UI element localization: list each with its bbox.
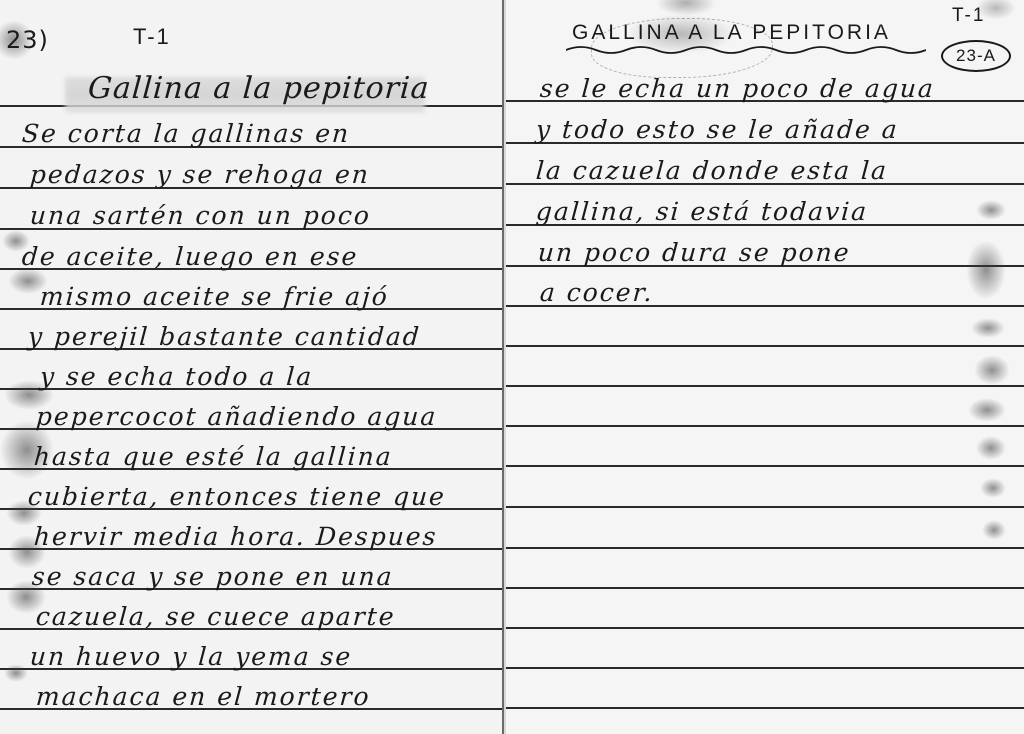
ruled-line [506, 667, 1024, 669]
page-code-badge: 23-A [941, 40, 1011, 72]
ruled-line [506, 345, 1024, 347]
text-line: se le echa un poco de agua [539, 76, 936, 101]
text-line: hervir media hora. Despues [33, 524, 438, 549]
ruled-line [506, 587, 1024, 589]
recipe-title-printed: GALLINA A LA PEPITORIA [572, 22, 891, 43]
ink-smudge [974, 355, 1010, 385]
text-line: Se corta la gallinas en [21, 121, 351, 146]
series-label: T-1 [133, 26, 171, 48]
ruled-line [506, 547, 1024, 549]
ruled-line [506, 465, 1024, 467]
recipe-title: Gallina a la pepitoria [87, 74, 431, 104]
text-line: a cocer. [539, 280, 655, 305]
series-label: T-1 [952, 6, 985, 25]
page-number: 23) [6, 28, 49, 52]
ruled-line [506, 707, 1024, 709]
ink-smudge [4, 664, 28, 682]
left-page: 23) T-1 Gallina a la pepitoria Se corta … [0, 0, 503, 734]
text-line: de aceite, luego en ese [21, 244, 359, 269]
text-line: mismo aceite se frie ajó [39, 284, 390, 309]
ink-smudge [971, 318, 1005, 338]
ruled-line [506, 425, 1024, 427]
text-line: hasta que esté la gallina [33, 444, 393, 469]
ink-smudge [982, 520, 1006, 540]
ruled-line [506, 506, 1024, 508]
text-line: gallina, si está todavia [535, 199, 869, 224]
text-line: y perejil bastante cantidad [27, 324, 422, 349]
text-line: pedazos y se rehoga en [29, 162, 371, 187]
text-line: pepercocot añadiendo agua [35, 404, 438, 429]
text-line: un poco dura se pone [537, 240, 851, 265]
ink-smudge [968, 398, 1006, 422]
text-line: se saca y se pone en una [31, 564, 394, 589]
ruled-line [506, 627, 1024, 629]
text-line: y se echa todo a la [39, 364, 314, 389]
ink-smudge [656, 0, 716, 16]
page-code: 23-A [956, 46, 996, 66]
text-line: y todo esto se le añade a [535, 117, 899, 142]
ink-smudge [976, 436, 1006, 460]
text-line: cazuela, se cuece aparte [35, 604, 396, 629]
text-line: un huevo y la yema se [29, 644, 353, 669]
wavy-underline [566, 44, 926, 56]
ink-smudge [966, 240, 1006, 300]
ruled-line [506, 385, 1024, 387]
right-page: GALLINA A LA PEPITORIA T-1 23-A se le ec… [506, 0, 1024, 734]
ink-smudge [980, 478, 1006, 498]
text-line: la cazuela donde esta la [535, 158, 889, 183]
text-line: machaca en el mortero [35, 684, 371, 709]
ink-smudge [976, 200, 1006, 220]
text-line: una sartén con un poco [29, 203, 372, 228]
text-line: cubierta, entonces tiene que [27, 484, 447, 509]
notebook-spread: 23) T-1 Gallina a la pepitoria Se corta … [0, 0, 1024, 734]
